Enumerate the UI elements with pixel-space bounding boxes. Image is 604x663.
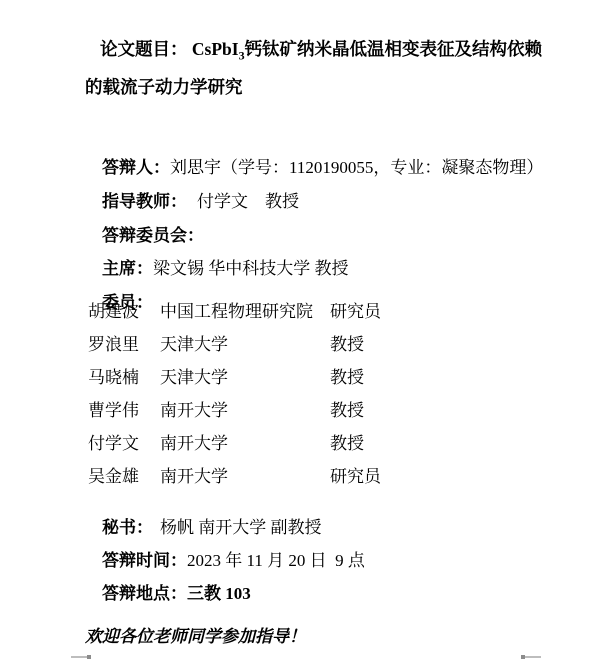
member-affiliation: 天津大学	[160, 330, 330, 355]
page-bottom-mark-right	[521, 656, 541, 658]
defense-location-value: 三教 103	[187, 584, 251, 603]
defense-location-label: 答辩地点：	[102, 584, 187, 603]
page-bottom-mark-right-end	[521, 655, 525, 659]
thesis-title-label: 论文题目：	[100, 39, 188, 59]
committee-row: 吴金雄南开大学研究员	[85, 462, 555, 495]
member-name: 罗浪里	[88, 330, 160, 355]
committee-row: 马晓楠天津大学教授	[85, 363, 555, 396]
advisor-value: 付学文 教授	[197, 192, 299, 211]
welcome-message: 欢迎各位老师同学参加指导！	[85, 622, 306, 647]
member-name: 曹学伟	[88, 396, 160, 421]
member-name: 胡建波	[88, 297, 160, 322]
thesis-title-text-part1: 钙钛矿纳米晶低温相变表征及结构依赖	[245, 39, 543, 59]
chair-value: 梁文锡 华中科技大学 教授	[153, 259, 349, 278]
member-name: 付学文	[88, 429, 160, 454]
member-title: 教授	[330, 429, 555, 454]
committee-row: 付学文南开大学教授	[85, 429, 555, 462]
member-name: 马晓楠	[88, 363, 160, 388]
member-title: 教授	[330, 330, 555, 355]
member-affiliation: 中国工程物理研究院	[160, 297, 330, 322]
thesis-title-line-2: 的载流子动力学研究	[85, 76, 243, 98]
committee-row: 罗浪里天津大学教授	[85, 330, 555, 363]
member-affiliation: 南开大学	[160, 429, 330, 454]
thesis-defense-announcement-page: 论文题目： CsPbI3钙钛矿纳米晶低温相变表征及结构依赖 的载流子动力学研究 …	[0, 0, 604, 663]
member-name: 吴金雄	[88, 462, 160, 487]
member-affiliation: 南开大学	[160, 396, 330, 421]
committee-row: 曹学伟南开大学教授	[85, 396, 555, 429]
member-affiliation: 南开大学	[160, 462, 330, 487]
page-bottom-mark-left-end	[87, 655, 91, 659]
committee-member-list: 胡建波中国工程物理研究院研究员罗浪里天津大学教授马晓楠天津大学教授曹学伟南开大学…	[85, 297, 555, 495]
member-title: 研究员	[330, 297, 555, 322]
member-title: 教授	[330, 363, 555, 388]
chemical-formula: CsPbI3	[192, 39, 245, 59]
page-bottom-mark-left	[71, 656, 91, 658]
committee-row: 胡建波中国工程物理研究院研究员	[85, 297, 555, 330]
member-title: 教授	[330, 396, 555, 421]
thesis-title-text-part2: 的载流子动力学研究	[85, 77, 243, 97]
member-title: 研究员	[330, 462, 555, 487]
defense-location-line: 答辩地点：三教 103	[85, 562, 251, 625]
member-affiliation: 天津大学	[160, 363, 330, 388]
thesis-title-line-1: 论文题目： CsPbI3钙钛矿纳米晶低温相变表征及结构依赖	[100, 38, 542, 60]
